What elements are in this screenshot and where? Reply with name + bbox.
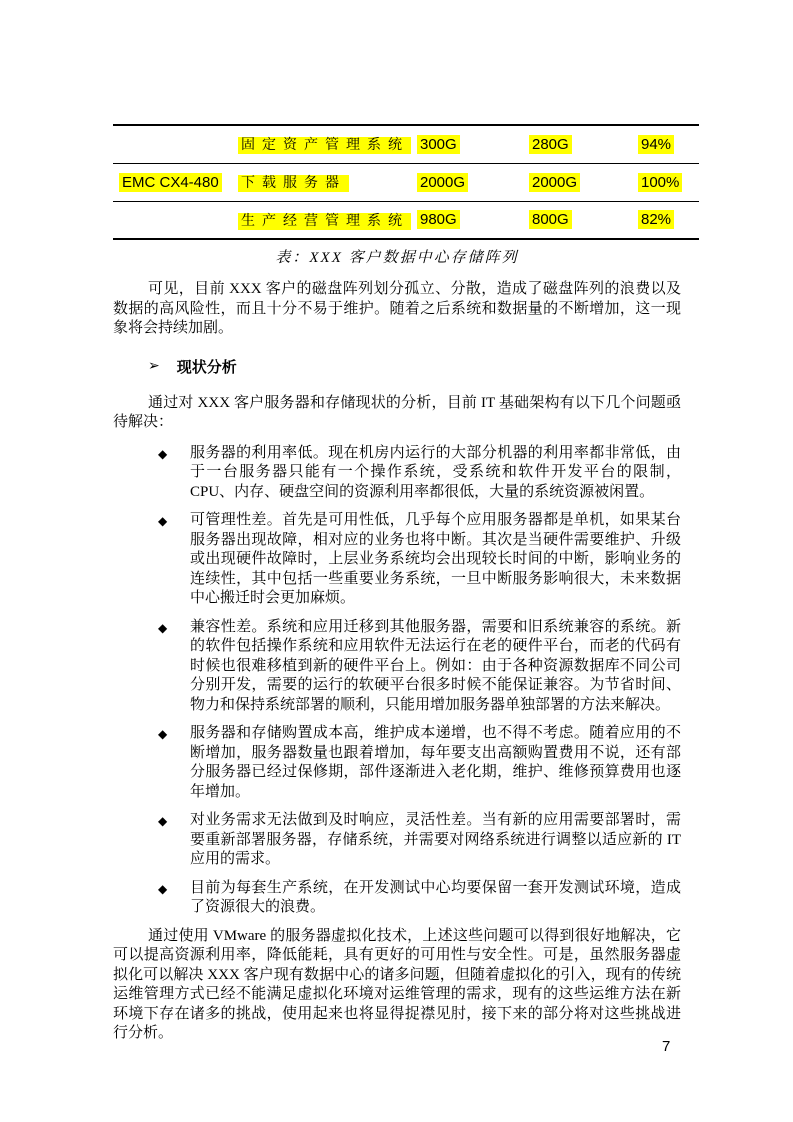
highlighted-value: 300G (417, 135, 460, 154)
issue-text: 服务器和存储购置成本高，维护成本递增，也不得不考虑。随着应用的不断增加，服务器数… (190, 724, 681, 802)
cell-utilization: 94% (632, 125, 699, 163)
highlighted-value: 800G (529, 210, 572, 229)
storage-array-table: 固定资产管理系统 300G 280G 94% EMC CX4-480 下载服务器… (113, 124, 699, 240)
issue-text: 兼容性差。系统和应用迁移到其他服务器，需要和旧系统兼容的系统。新的软件包括操作系… (190, 618, 681, 716)
highlighted-value: 82% (638, 210, 674, 229)
page-number: 7 (662, 1038, 670, 1055)
cell-device (113, 201, 232, 239)
cell-system: 固定资产管理系统 (232, 125, 411, 163)
list-item: ◆ 对业务需求无法做到及时响应，灵活性差。当有新的应用需要部署时，需要重新部署服… (113, 811, 681, 870)
intro-paragraph: 可见，目前 XXX 客户的磁盘阵列划分孤立、分散，造成了磁盘阵列的浪费以及数据的… (113, 280, 681, 339)
analysis-intro-paragraph: 通过对 XXX 客户服务器和存储现状的分析，目前 IT 基础架构有以下几个问题亟… (113, 394, 681, 433)
highlighted-value: 2000G (529, 173, 580, 192)
cell-device (113, 125, 232, 163)
closing-paragraph: 通过使用 VMware 的服务器虚拟化技术，上述这些问题可以得到很好地解决，它可… (113, 927, 681, 1044)
highlighted-value: 94% (638, 135, 674, 154)
highlighted-value: 固定资产管理系统 (238, 137, 411, 154)
highlighted-value: 980G (417, 210, 460, 229)
cell-capacity: 300G (411, 125, 523, 163)
cell-capacity: 980G (411, 201, 523, 239)
diamond-bullet-icon: ◆ (158, 511, 190, 609)
cell-utilization: 82% (632, 201, 699, 239)
cell-system: 生产经营管理系统 (232, 201, 411, 239)
cell-device: EMC CX4-480 (113, 163, 232, 201)
list-item: ◆ 可管理性差。首先是可用性低，几乎每个应用服务器都是单机，如果某台服务器出现故… (113, 511, 681, 609)
list-item: ◆ 目前为每套生产系统，在开发测试中心均要保留一套开发测试环境，造成了资源很大的… (113, 879, 681, 918)
diamond-bullet-icon: ◆ (158, 724, 190, 802)
list-item: ◆ 兼容性差。系统和应用迁移到其他服务器，需要和旧系统兼容的系统。新的软件包括操… (113, 618, 681, 716)
highlighted-value: 生产经营管理系统 (238, 213, 411, 230)
issue-list: ◆ 服务器的利用率低。现在机房内运行的大部分机器的利用率都非常低，由于一台服务器… (113, 444, 681, 918)
cell-used: 800G (523, 201, 632, 239)
table-row: EMC CX4-480 下载服务器 2000G 2000G 100% (113, 163, 699, 201)
arrow-bullet-icon: ➢ (148, 358, 160, 374)
diamond-bullet-icon: ◆ (158, 444, 190, 503)
list-item: ◆ 服务器和存储购置成本高，维护成本递增，也不得不考虑。随着应用的不断增加，服务… (113, 724, 681, 802)
highlighted-value: 下载服务器 (238, 175, 349, 192)
section-heading-label: 现状分析 (177, 356, 237, 377)
cell-used: 280G (523, 125, 632, 163)
diamond-bullet-icon: ◆ (158, 618, 190, 716)
highlighted-value: 280G (529, 135, 572, 154)
issue-text: 目前为每套生产系统，在开发测试中心均要保留一套开发测试环境，造成了资源很大的浪费… (190, 879, 681, 918)
highlighted-value: EMC CX4-480 (119, 173, 222, 192)
diamond-bullet-icon: ◆ (158, 879, 190, 918)
cell-system: 下载服务器 (232, 163, 411, 201)
diamond-bullet-icon: ◆ (158, 811, 190, 870)
document-page: 固定资产管理系统 300G 280G 94% EMC CX4-480 下载服务器… (0, 0, 793, 1122)
cell-utilization: 100% (632, 163, 699, 201)
table-row: 固定资产管理系统 300G 280G 94% (113, 125, 699, 163)
issue-text: 服务器的利用率低。现在机房内运行的大部分机器的利用率都非常低，由于一台服务器只能… (190, 444, 681, 503)
cell-used: 2000G (523, 163, 632, 201)
highlighted-value: 100% (638, 173, 682, 192)
section-heading: ➢ 现状分析 (148, 356, 681, 377)
issue-text: 可管理性差。首先是可用性低，几乎每个应用服务器都是单机，如果某台服务器出现故障，… (190, 511, 681, 609)
document-content: 固定资产管理系统 300G 280G 94% EMC CX4-480 下载服务器… (113, 0, 681, 1044)
table-caption: 表：XXX 客户数据中心存储阵列 (113, 246, 681, 267)
table-row: 生产经营管理系统 980G 800G 82% (113, 201, 699, 239)
list-item: ◆ 服务器的利用率低。现在机房内运行的大部分机器的利用率都非常低，由于一台服务器… (113, 444, 681, 503)
highlighted-value: 2000G (417, 173, 468, 192)
issue-text: 对业务需求无法做到及时响应，灵活性差。当有新的应用需要部署时，需要重新部署服务器… (190, 811, 681, 870)
cell-capacity: 2000G (411, 163, 523, 201)
